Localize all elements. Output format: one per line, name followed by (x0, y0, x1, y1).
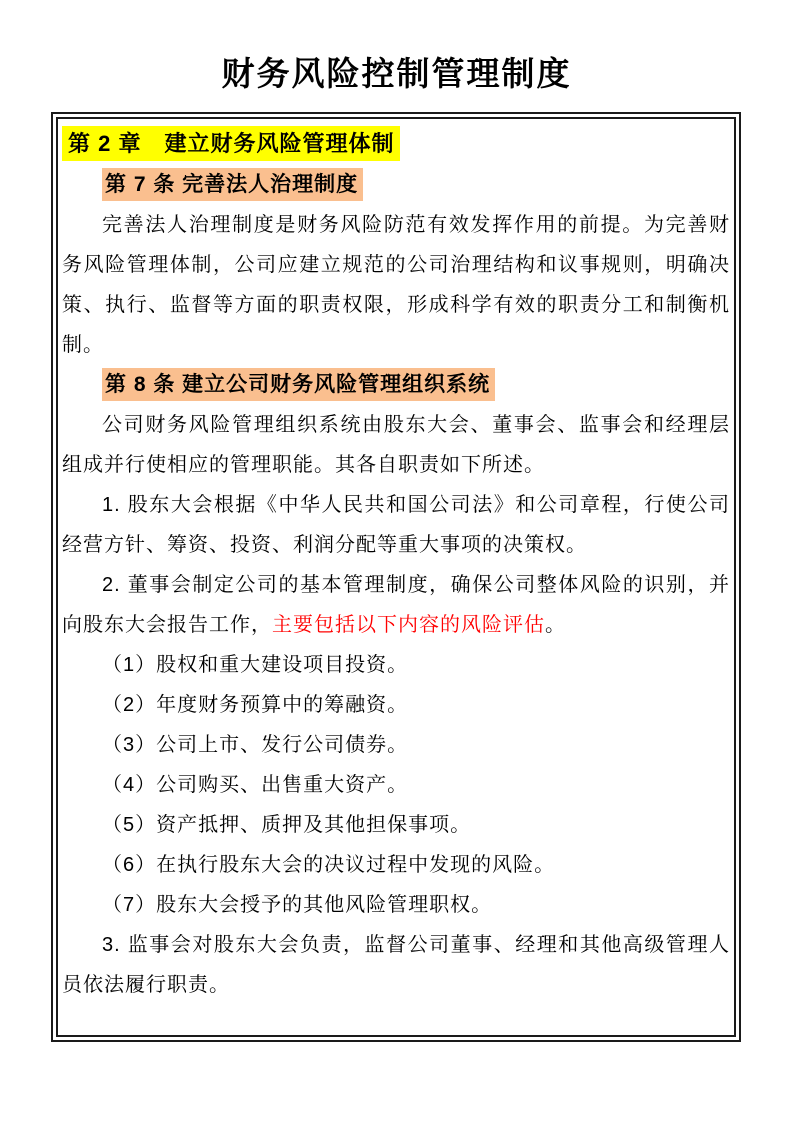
item-2-red-emphasis: 主要包括以下内容的风险评估 (272, 614, 545, 636)
sub-item-7: （7）股东大会授予的其他风险管理职权。 (62, 885, 730, 925)
section-8-intro: 公司财务风险管理组织系统由股东大会、董事会、监事会和经理层组成并行使相应的管理职… (62, 405, 730, 485)
content-border-box: 第 2 章 建立财务风险管理体制 第 7 条 完善法人治理制度 完善法人治理制度… (51, 112, 741, 1042)
chapter-heading: 第 2 章 建立财务风险管理体制 (62, 124, 730, 165)
section-8-heading-highlight: 第 8 条 建立公司财务风险管理组织系统 (102, 368, 495, 401)
section-8-heading: 第 8 条 建立公司财务风险管理组织系统 (62, 365, 730, 405)
document-page: 财务风险控制管理制度 第 2 章 建立财务风险管理体制 第 7 条 完善法人治理… (0, 0, 793, 1122)
sub-item-1: （1）股权和重大建设项目投资。 (62, 645, 730, 685)
chapter-heading-highlight: 第 2 章 建立财务风险管理体制 (62, 126, 400, 161)
sub-item-2: （2）年度财务预算中的筹融资。 (62, 685, 730, 725)
section-7-heading: 第 7 条 完善法人治理制度 (62, 165, 730, 205)
sub-item-6: （6）在执行股东大会的决议过程中发现的风险。 (62, 845, 730, 885)
content-area: 第 2 章 建立财务风险管理体制 第 7 条 完善法人治理制度 完善法人治理制度… (56, 117, 736, 1037)
sub-item-3: （3）公司上市、发行公司债券。 (62, 725, 730, 765)
numbered-item-2: 2. 董事会制定公司的基本管理制度，确保公司整体风险的识别，并向股东大会报告工作… (62, 565, 730, 645)
item-2-text-suffix: 。 (545, 614, 566, 636)
sub-item-4: （4）公司购买、出售重大资产。 (62, 765, 730, 805)
numbered-item-3: 3. 监事会对股东大会负责，监督公司董事、经理和其他高级管理人员依法履行职责。 (62, 925, 730, 1005)
section-7-paragraph: 完善法人治理制度是财务风险防范有效发挥作用的前提。为完善财务风险管理体制，公司应… (62, 205, 730, 365)
section-7-heading-highlight: 第 7 条 完善法人治理制度 (102, 168, 363, 201)
document-title: 财务风险控制管理制度 (0, 0, 793, 96)
numbered-item-1: 1. 股东大会根据《中华人民共和国公司法》和公司章程，行使公司经营方针、筹资、投… (62, 485, 730, 565)
sub-item-5: （5）资产抵押、质押及其他担保事项。 (62, 805, 730, 845)
